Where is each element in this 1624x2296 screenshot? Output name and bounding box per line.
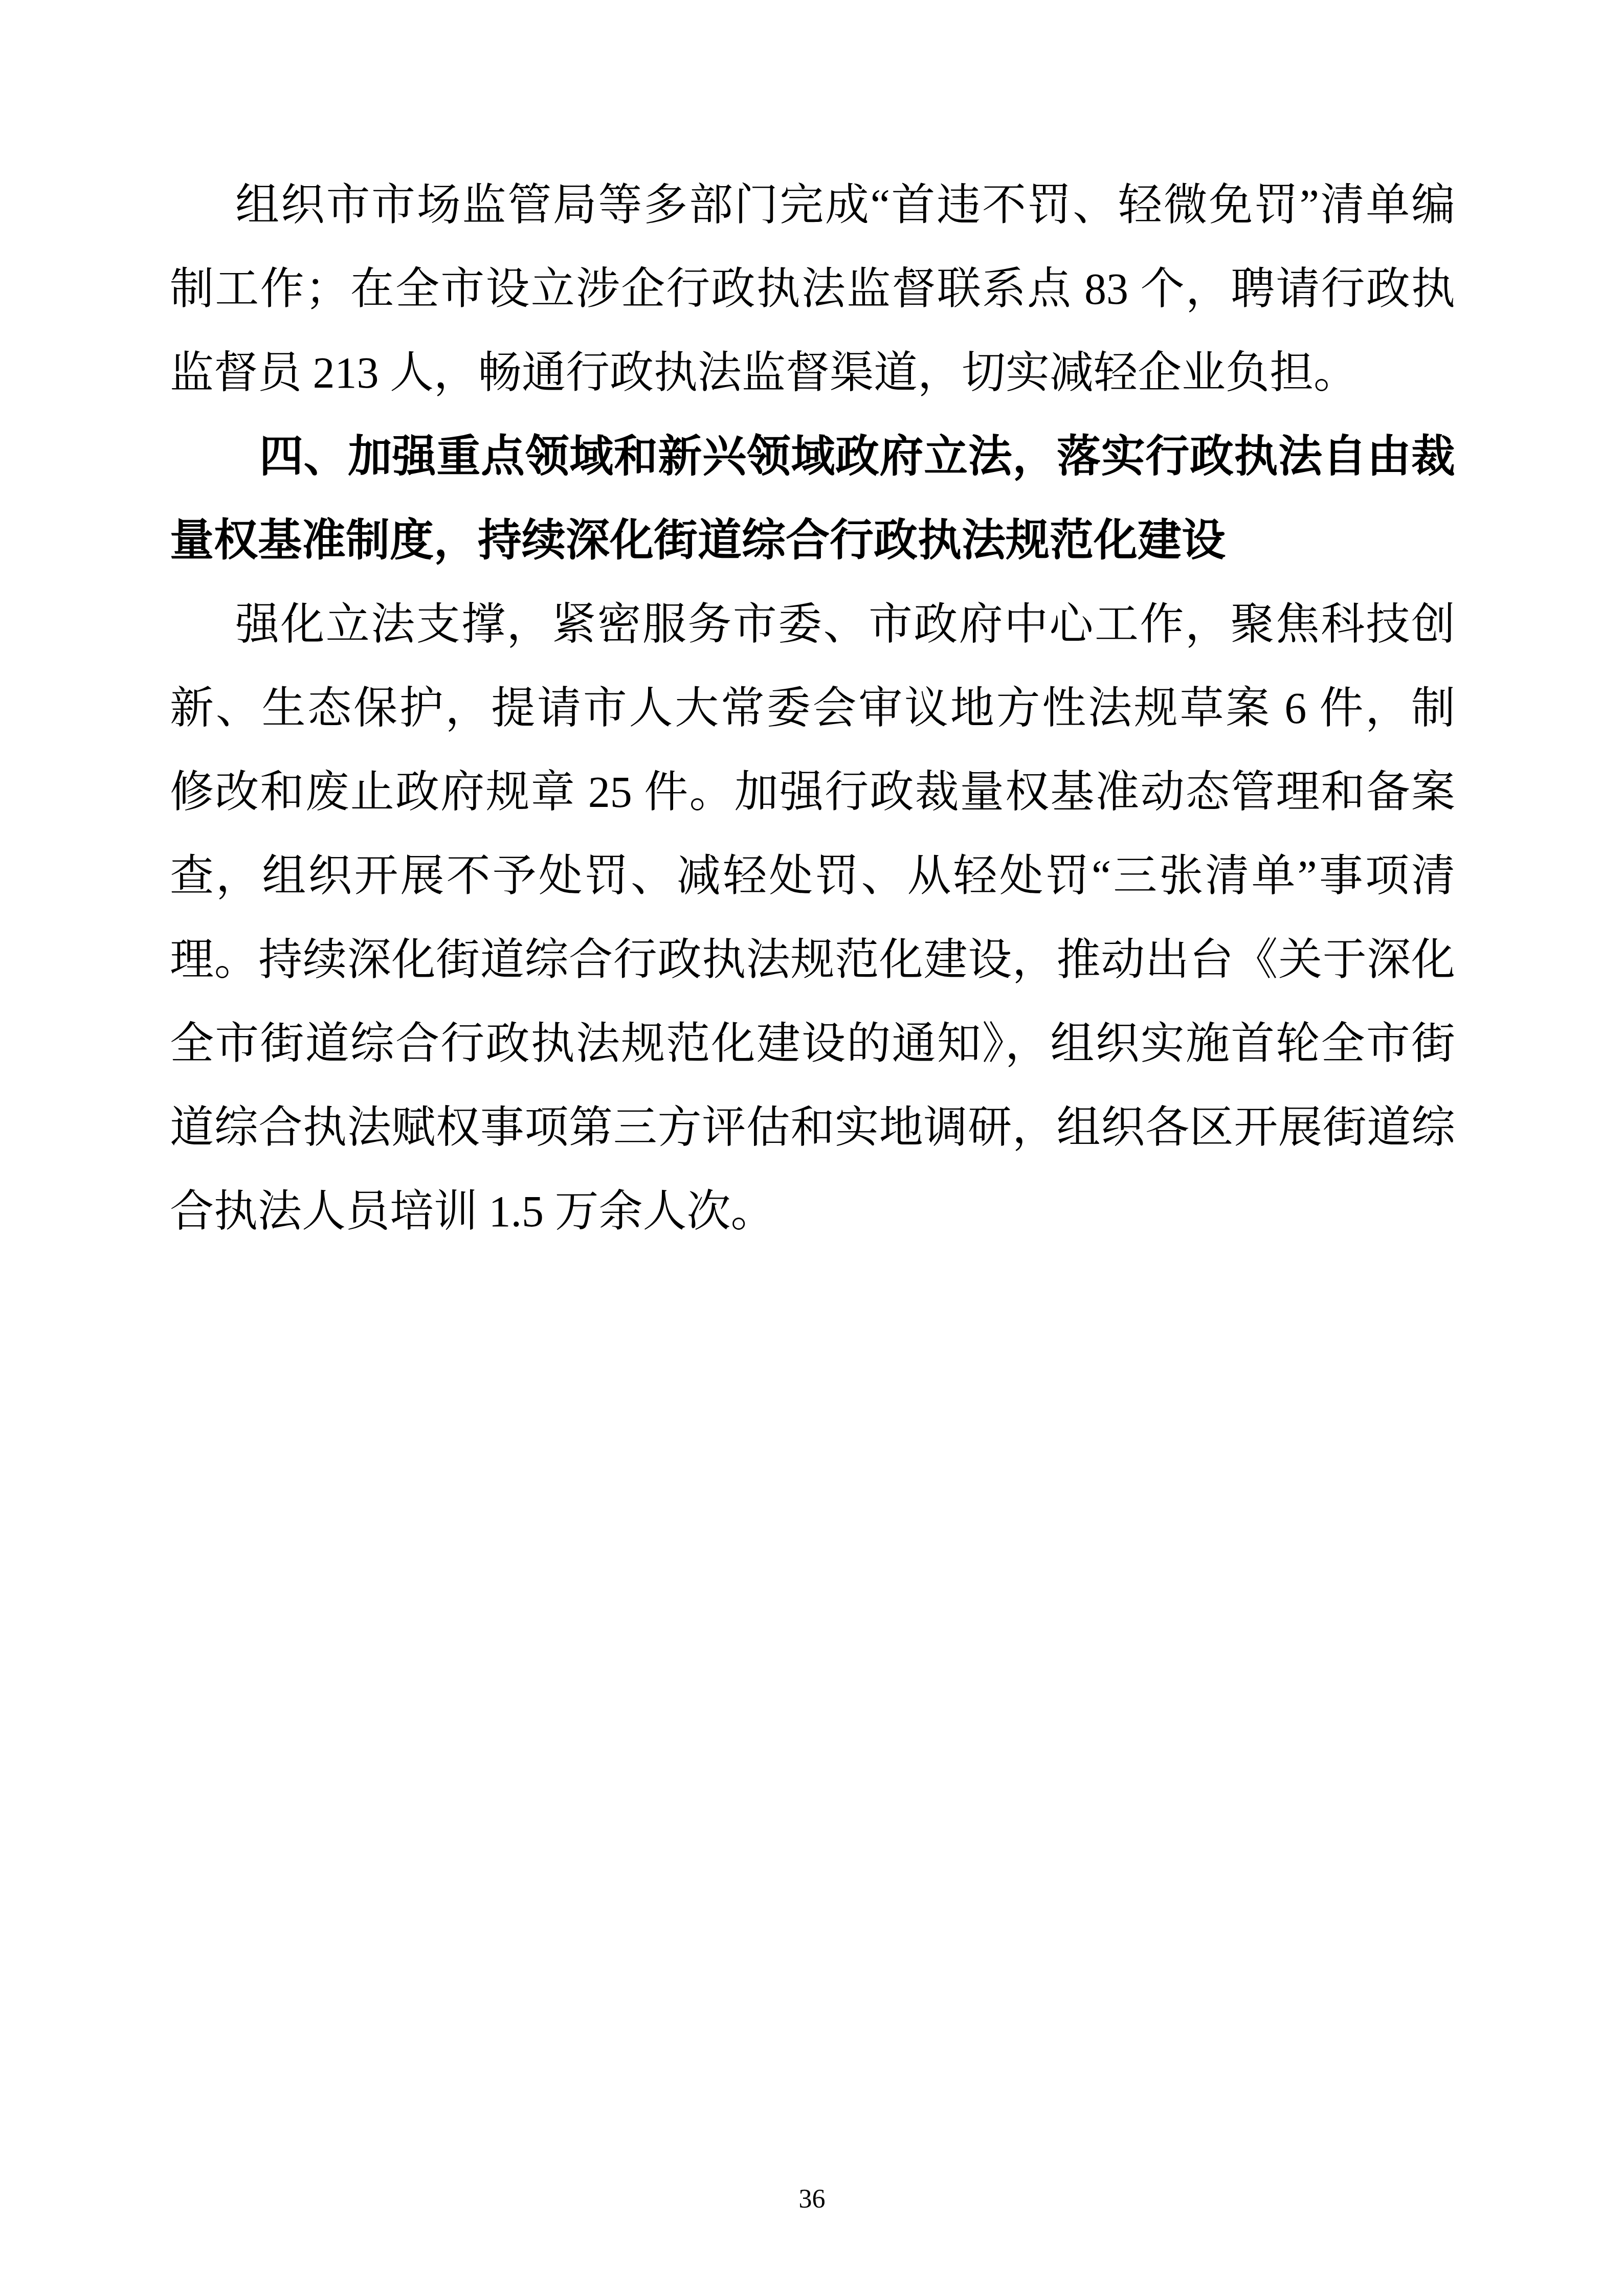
page-number: 36 (0, 2181, 1624, 2217)
text-line: 制工作；在全市设立涉企行政执法监督联系点 83 个，聘请行政执法 (170, 247, 1455, 331)
text-line: 监督员 213 人，畅通行政执法监督渠道，切实减轻企业负担。 (170, 331, 1455, 415)
text-line: 组织市市场监管局等多部门完成“首违不罚、轻微免罚”清单编 (170, 163, 1455, 247)
section-heading: 四、加强重点领域和新兴领域政府立法，落实行政执法自由裁 量权基准制度，持续深化街… (170, 415, 1455, 582)
text-line: 强化立法支撑，紧密服务市委、市政府中心工作，聚焦科技创 (170, 582, 1455, 666)
text-block: 组织市市场监管局等多部门完成“首违不罚、轻微免罚”清单编 制工作；在全市设立涉企… (170, 163, 1455, 1253)
text-line: 查，组织开展不予处罚、减轻处罚、从轻处罚“三张清单”事项清 (170, 834, 1455, 918)
heading-line: 四、加强重点领域和新兴领域政府立法，落实行政执法自由裁 (170, 415, 1455, 499)
text-line: 道综合执法赋权事项第三方评估和实地调研，组织各区开展街道综 (170, 1086, 1455, 1169)
text-line: 理。持续深化街道综合行政执法规范化建设，推动出台《关于深化 (170, 918, 1455, 1002)
heading-line: 量权基准制度，持续深化街道综合行政执法规范化建设 (170, 499, 1455, 582)
text-line: 合执法人员培训 1.5 万余人次。 (170, 1169, 1455, 1253)
paragraph-1: 组织市市场监管局等多部门完成“首违不罚、轻微免罚”清单编 制工作；在全市设立涉企… (170, 163, 1455, 415)
text-line: 全市街道综合行政执法规范化建设的通知》，组织实施首轮全市街 (170, 1002, 1455, 1086)
document-page: 组织市市场监管局等多部门完成“首违不罚、轻微免罚”清单编 制工作；在全市设立涉企… (0, 0, 1624, 2296)
text-line: 修改和废止政府规章 25 件。加强行政裁量权基准动态管理和备案审 (170, 750, 1455, 834)
paragraph-2: 强化立法支撑，紧密服务市委、市政府中心工作，聚焦科技创 新、生态保护，提请市人大… (170, 582, 1455, 1253)
text-line: 新、生态保护，提请市人大常委会审议地方性法规草案 6 件，制定、 (170, 666, 1455, 750)
